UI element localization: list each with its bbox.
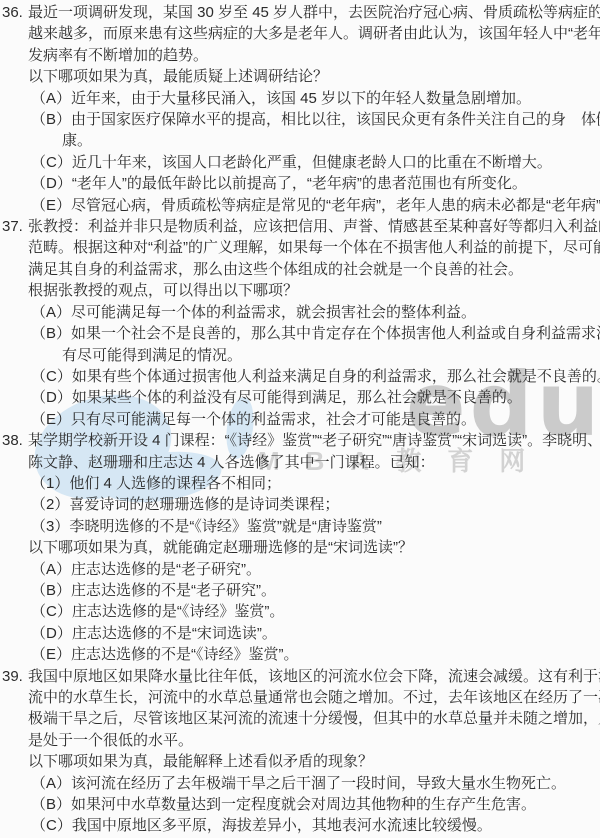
- line-text: （E）庄志达选修的不是“《诗经》鉴赏”。: [31, 646, 299, 663]
- text-line: （C）我国中原地区多平原，海拔差异小，其地表河水流速比较缓慢。: [0, 815, 600, 836]
- line-text: （A）庄志达选修的是“老子研究”。: [31, 561, 261, 578]
- text-line: 康。: [0, 130, 600, 151]
- line-text: 某学期学校新开设 4 门课程：“《诗经》鉴赏”“老子研究”“唐诗鉴赏”“宋词选读…: [28, 432, 600, 449]
- text-line: （B）庄志达选修的不是“老子研究”。: [0, 580, 600, 601]
- line-text: 极端干旱之后，尽管该地区某河流的流速十分缓慢，但其中的水草总量并未随之增加，只: [28, 710, 600, 727]
- question-number: 37.: [2, 216, 23, 237]
- text-line: （C）近几十年来，该国人口老龄化严重，但健康老龄人口的比重在不断增大。: [0, 152, 600, 173]
- text-line: 有尽可能得到满足的情况。: [0, 345, 600, 366]
- text-line: 38.某学期学校新开设 4 门课程：“《诗经》鉴赏”“老子研究”“唐诗鉴赏”“宋…: [0, 430, 600, 451]
- text-line: （A）近年来，由于大量移民涌入，该国 45 岁以下的年轻人数量急剧增加。: [0, 88, 600, 109]
- text-line: （B）由于国家医疗保障水平的提高，相比以往，该国民众更有条件关注自己的身 体健: [0, 109, 600, 130]
- question-number: 39.: [2, 666, 23, 687]
- line-text: 流中的水草生长，河流中的水草总量通常也会随之增加。不过，去年该地区在经历了一次: [28, 689, 600, 706]
- text-line: （A）尽可能满足每一个体的利益需求，就会损害社会的整体利益。: [0, 302, 600, 323]
- line-text: （D）如果某些个体的利益没有尽可能得到满足，那么社会就是不良善的。: [31, 389, 522, 406]
- line-text: 最近一项调研发现，某国 30 岁至 45 岁人群中，去医院治疗冠心病、骨质疏松等…: [28, 4, 600, 21]
- line-text: （A）该河流在经历了去年极端干旱之后干涸了一段时间，导致大量水生物死亡。: [31, 775, 566, 792]
- line-text: （2）喜爱诗词的赵珊珊选修的是诗词类课程；: [31, 496, 339, 513]
- line-text: 康。: [62, 132, 92, 149]
- line-text: （B）庄志达选修的不是“老子研究”。: [31, 582, 276, 599]
- text-line: 范畴。根据这种对“利益”的广义理解，如果每一个体在不损害他人利益的前提下，尽可能: [0, 237, 600, 258]
- question-number: 38.: [2, 430, 23, 451]
- line-text: 陈文静、赵珊珊和庄志达 4 人各选修了其中一门课程。已知：: [28, 454, 435, 471]
- text-line: （B）如果一个社会不是良善的，那么其中肯定存在个体损害他人利益或自身利益需求没: [0, 323, 600, 344]
- line-text: 以下哪项如果为真，最能解释上述看似矛盾的现象？: [28, 753, 373, 770]
- text-line: （1）他们 4 人选修的课程各不相同；: [0, 473, 600, 494]
- line-text: 范畴。根据这种对“利益”的广义理解，如果每一个体在不损害他人利益的前提下，尽可能: [28, 239, 600, 256]
- text-line: （E）庄志达选修的不是“《诗经》鉴赏”。: [0, 644, 600, 665]
- text-line: 37.张教授：利益并非只是物质利益，应该把信用、声誉、情感甚至某种喜好等都归入利…: [0, 216, 600, 237]
- text-line: （C）庄志达选修的是“《诗经》鉴赏”。: [0, 601, 600, 622]
- line-text: （C）我国中原地区多平原，海拔差异小，其地表河水流速比较缓慢。: [31, 817, 492, 834]
- question-number: 36.: [2, 2, 23, 23]
- text-line: （D）庄志达选修的不是“宋词选读”。: [0, 623, 600, 644]
- line-text: （B）如果一个社会不是良善的，那么其中肯定存在个体损害他人利益或自身利益需求没: [31, 325, 600, 342]
- text-line: （B）如果河中水草数量达到一定程度就会对周边其他物种的生存产生危害。: [0, 794, 600, 815]
- text-line: （D）如果某些个体的利益没有尽可能得到满足，那么社会就是不良善的。: [0, 387, 600, 408]
- text-line: 发病率有不断增加的趋势。: [0, 45, 600, 66]
- text-line: 越来越多，而原来患有这些病症的大多是老年人。调研者由此认为，该国年轻人中“老年病…: [0, 23, 600, 44]
- line-text: （D）庄志达选修的不是“宋词选读”。: [31, 625, 277, 642]
- text-line: （E）只有尽可能满足每一个体的利益需求，社会才可能是良善的。: [0, 409, 600, 430]
- question-list: 36.最近一项调研发现，某国 30 岁至 45 岁人群中，去医院治疗冠心病、骨质…: [0, 2, 600, 837]
- question-38: 38.某学期学校新开设 4 门课程：“《诗经》鉴赏”“老子研究”“唐诗鉴赏”“宋…: [0, 430, 600, 665]
- text-line: （E）尽管冠心病，骨质疏松等病症是常见的“老年病”，老年人患的病未必都是“老年病…: [0, 195, 600, 216]
- line-text: （C）庄志达选修的是“《诗经》鉴赏”。: [31, 603, 284, 620]
- line-text: 以下哪项如果为真，就能确定赵珊珊选修的是“宋词选读”？: [28, 539, 413, 556]
- line-text: （A）尽可能满足每一个体的利益需求，就会损害社会的整体利益。: [31, 304, 476, 321]
- text-line: （3）李晓明选修的不是“《诗经》鉴赏”就是“唐诗鉴赏”: [0, 516, 600, 537]
- line-text: 发病率有不断增加的趋势。: [28, 47, 208, 64]
- question-36: 36.最近一项调研发现，某国 30 岁至 45 岁人群中，去医院治疗冠心病、骨质…: [0, 2, 600, 216]
- text-line: 根据张教授的观点，可以得出以下哪项？: [0, 280, 600, 301]
- exam-questions-document: 36.最近一项调研发现，某国 30 岁至 45 岁人群中，去医院治疗冠心病、骨质…: [0, 0, 600, 837]
- line-text: （C）如果有些个体通过损害他人利益来满足自身的利益需求，那么社会就是不良善的。: [31, 368, 600, 385]
- line-text: （D）“老年人”的最低年龄比以前提高了，“老年病”的患者范围也有所变化。: [31, 175, 527, 192]
- text-line: 陈文静、赵珊珊和庄志达 4 人各选修了其中一门课程。已知：: [0, 452, 600, 473]
- text-line: 以下哪项如果为真，就能确定赵珊珊选修的是“宋词选读”？: [0, 537, 600, 558]
- question-39: 39.我国中原地区如果降水量比往年低，该地区的河流水位会下降，流速会减缓。这有利…: [0, 666, 600, 837]
- text-line: 以下哪项如果为真，最能解释上述看似矛盾的现象？: [0, 751, 600, 772]
- line-text: 根据张教授的观点，可以得出以下哪项？: [28, 282, 298, 299]
- line-text: 以下哪项如果为真，最能质疑上述调研结论？: [28, 68, 328, 85]
- text-line: 流中的水草生长，河流中的水草总量通常也会随之增加。不过，去年该地区在经历了一次: [0, 687, 600, 708]
- scanned-exam-page: { "page": { "background": "#fbfbfb", "te…: [0, 0, 600, 838]
- text-line: 极端干旱之后，尽管该地区某河流的流速十分缓慢，但其中的水草总量并未随之增加，只: [0, 708, 600, 729]
- text-line: （C）如果有些个体通过损害他人利益来满足自身的利益需求，那么社会就是不良善的。: [0, 366, 600, 387]
- question-37: 37.张教授：利益并非只是物质利益，应该把信用、声誉、情感甚至某种喜好等都归入利…: [0, 216, 600, 430]
- line-text: 有尽可能得到满足的情况。: [62, 347, 242, 364]
- text-line: （D）“老年人”的最低年龄比以前提高了，“老年病”的患者范围也有所变化。: [0, 173, 600, 194]
- text-line: 以下哪项如果为真，最能质疑上述调研结论？: [0, 66, 600, 87]
- text-line: 满足其自身的利益需求，那么由这些个体组成的社会就是一个良善的社会。: [0, 259, 600, 280]
- text-line: 39.我国中原地区如果降水量比往年低，该地区的河流水位会下降，流速会减缓。这有利…: [0, 666, 600, 687]
- line-text: （E）尽管冠心病，骨质疏松等病症是常见的“老年病”，老年人患的病未必都是“老年病…: [31, 197, 600, 214]
- line-text: 我国中原地区如果降水量比往年低，该地区的河流水位会下降，流速会减缓。这有利于河: [28, 668, 600, 685]
- text-line: 36.最近一项调研发现，某国 30 岁至 45 岁人群中，去医院治疗冠心病、骨质…: [0, 2, 600, 23]
- line-text: （B）如果河中水草数量达到一定程度就会对周边其他物种的生存产生危害。: [31, 796, 536, 813]
- line-text: （A）近年来，由于大量移民涌入，该国 45 岁以下的年轻人数量急剧增加。: [31, 90, 531, 107]
- text-line: （2）喜爱诗词的赵珊珊选修的是诗词类课程；: [0, 494, 600, 515]
- text-line: （A）庄志达选修的是“老子研究”。: [0, 559, 600, 580]
- line-text: 满足其自身的利益需求，那么由这些个体组成的社会就是一个良善的社会。: [28, 261, 523, 278]
- line-text: 张教授：利益并非只是物质利益，应该把信用、声誉、情感甚至某种喜好等都归入利益的: [28, 218, 600, 235]
- line-text: 是处于一个很低的水平。: [28, 732, 193, 749]
- line-text: 越来越多，而原来患有这些病症的大多是老年人。调研者由此认为，该国年轻人中“老年病…: [28, 25, 600, 42]
- line-text: （C）近几十年来，该国人口老龄化严重，但健康老龄人口的比重在不断增大。: [31, 154, 552, 171]
- text-line: （A）该河流在经历了去年极端干旱之后干涸了一段时间，导致大量水生物死亡。: [0, 773, 600, 794]
- text-line: 是处于一个很低的水平。: [0, 730, 600, 751]
- line-text: （1）他们 4 人选修的课程各不相同；: [31, 475, 281, 492]
- line-text: （3）李晓明选修的不是“《诗经》鉴赏”就是“唐诗鉴赏”: [31, 518, 382, 535]
- line-text: （E）只有尽可能满足每一个体的利益需求，社会才可能是良善的。: [31, 411, 476, 428]
- line-text: （B）由于国家医疗保障水平的提高，相比以往，该国民众更有条件关注自己的身 体健: [31, 111, 600, 128]
